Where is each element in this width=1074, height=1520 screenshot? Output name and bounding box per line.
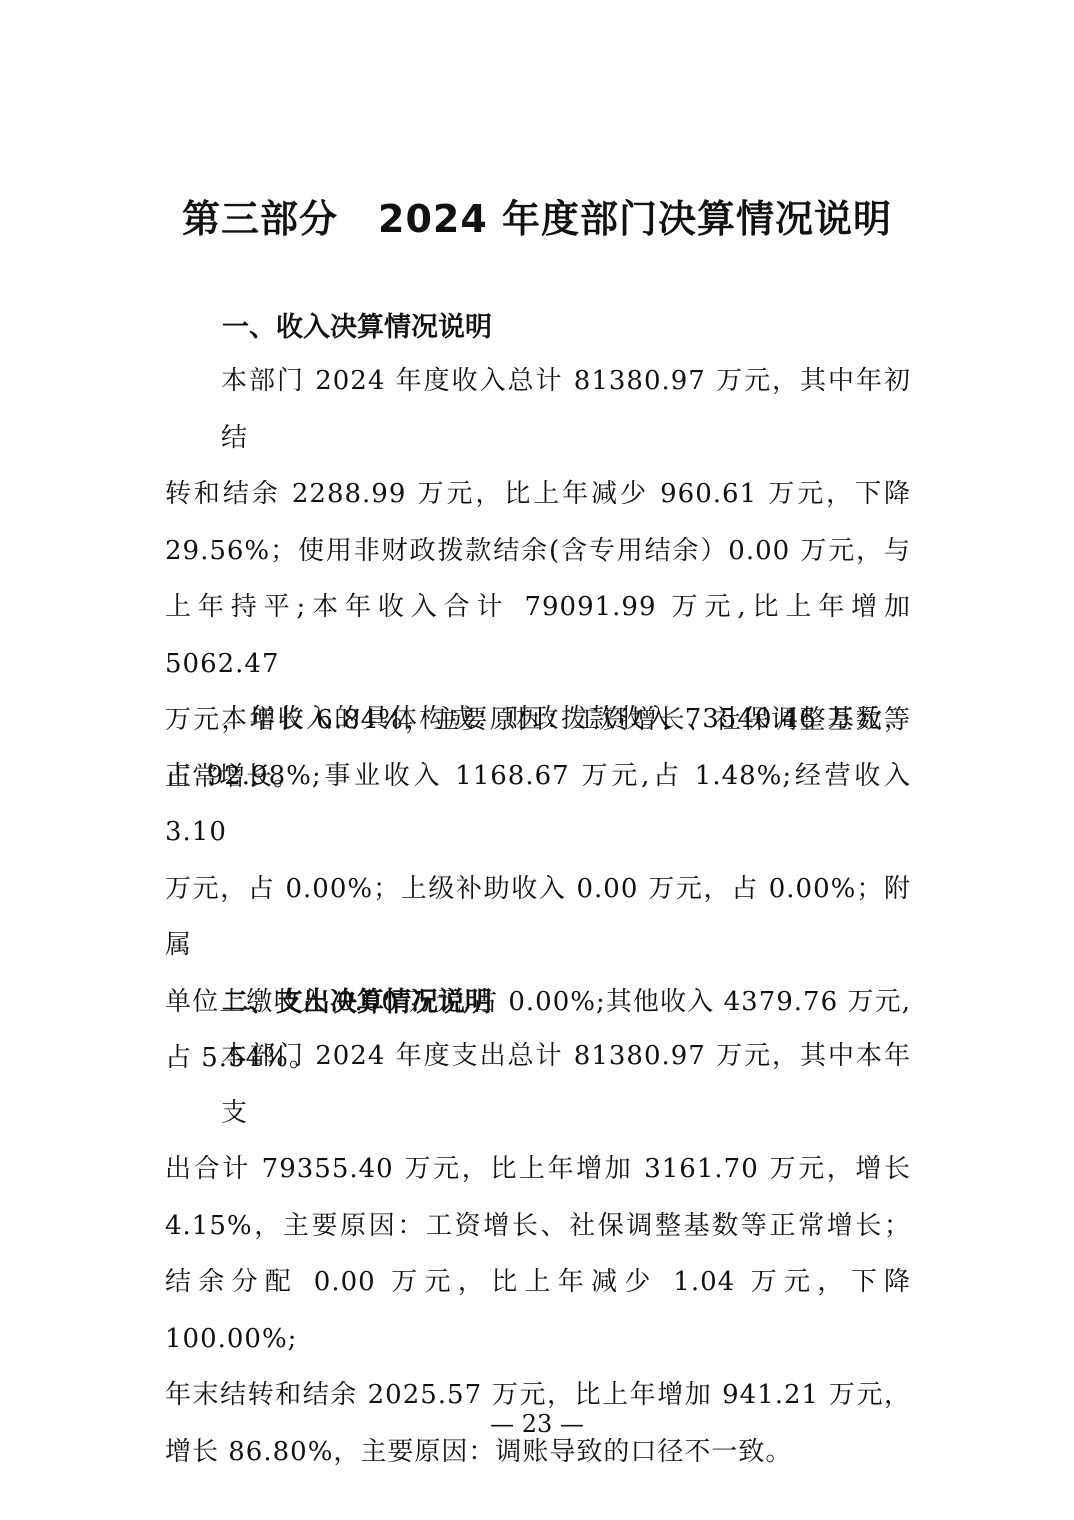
text-line: 29.56%；使用非财政拨款结余(含专用结余）0.00 万元，与 <box>165 523 911 580</box>
text-line: 结余分配 0.00 万元，比上年减少 1.04 万元，下降 100.00%; <box>165 1254 911 1367</box>
text-line: 本年收入的具体构成：财政拨款收入 73540.46 万元， <box>165 691 911 748</box>
text-line: 4.15%，主要原因：工资增长、社保调整基数等正常增长； <box>165 1198 911 1255</box>
text-line: 占 92.98%;事业收入 1168.67 万元,占 1.48%;经营收入 3.… <box>165 748 911 861</box>
text-line: 出合计 79355.40 万元，比上年增加 3161.70 万元，增长 <box>165 1141 911 1198</box>
section-heading-expenditure: 二、支出决算情况说明 <box>222 980 492 1019</box>
text-line: 转和结余 2288.99 万元，比上年减少 960.61 万元，下降 <box>165 466 911 523</box>
page-number: — 23 — <box>0 1410 1074 1438</box>
text-line: 本部门 2024 年度收入总计 81380.97 万元，其中年初结 <box>165 353 911 466</box>
title-text: 2024 年度部门决算情况说明 <box>378 197 892 241</box>
page-title: 第三部分2024 年度部门决算情况说明 <box>0 188 1074 243</box>
text-line: 万元，占 0.00%；上级补助收入 0.00 万元，占 0.00%；附属 <box>165 861 911 974</box>
section-heading-income: 一、收入决算情况说明 <box>222 305 492 344</box>
part-label: 第三部分 <box>182 197 338 241</box>
text-line: 上年持平;本年收入合计 79091.99 万元,比上年增加 5062.47 <box>165 579 911 692</box>
text-line: 本部门 2024 年度支出总计 81380.97 万元，其中本年支 <box>165 1028 911 1141</box>
